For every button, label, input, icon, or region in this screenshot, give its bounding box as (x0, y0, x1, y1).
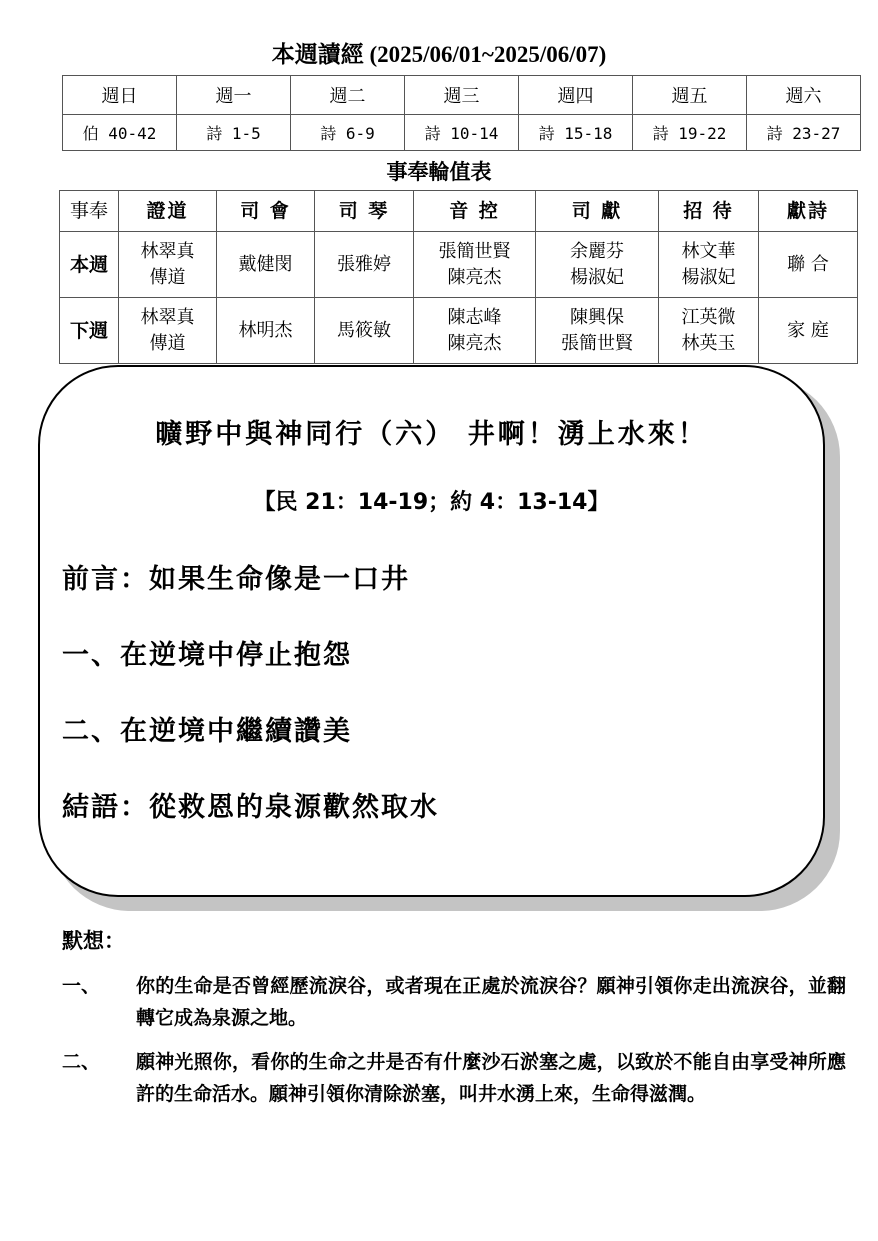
day-sun: 週日 (63, 76, 177, 115)
offering-cell: 余麗芬 楊淑妃 (536, 232, 659, 298)
host-cell: 林明杰 (217, 298, 315, 364)
sermon-box: 曠野中與神同行（六） 井啊！湧上水來！ 【民 21：14-19；約 4：13-1… (38, 365, 825, 897)
preacher-title: 傳道 (119, 265, 216, 291)
preaching-cell: 林翠真 傳道 (119, 298, 217, 364)
duty-row-this-week: 本週 林翠真 傳道 戴健閔 張雅婷 張簡世賢 陳亮杰 余麗芬 楊淑妃 林文華 楊… (60, 232, 858, 298)
offering-name: 楊淑妃 (536, 265, 658, 291)
duty-title: 事奉輪值表 (0, 158, 878, 186)
usher-name: 林文華 (659, 239, 758, 265)
passage-fri: 詩 19-22 (633, 115, 747, 151)
sound-cell: 陳志峰 陳亮杰 (414, 298, 536, 364)
day-sat: 週六 (747, 76, 861, 115)
sound-name: 陳亮杰 (414, 265, 535, 291)
choir-cell: 家 庭 (759, 298, 858, 364)
day-mon: 週一 (177, 76, 291, 115)
reading-title: 本週讀經 (2025/06/01~2025/06/07) (0, 40, 878, 70)
day-fri: 週五 (633, 76, 747, 115)
usher-name: 江英微 (659, 305, 758, 331)
usher-name: 楊淑妃 (659, 265, 758, 291)
offering-name: 張簡世賢 (536, 331, 658, 357)
preacher-title: 傳道 (119, 331, 216, 357)
offering-cell: 陳興保 張簡世賢 (536, 298, 659, 364)
passage-sat: 詩 23-27 (747, 115, 861, 151)
meditation-text: 你的生命是否曾經歷流淚谷，或者現在正處於流淚谷？願神引領你走出流淚谷，並翻轉它成… (136, 970, 846, 1034)
passage-mon: 詩 1-5 (177, 115, 291, 151)
preacher-name: 林翠真 (119, 305, 216, 331)
offering-name: 余麗芬 (536, 239, 658, 265)
passage-wed: 詩 10-14 (405, 115, 519, 151)
meditation-title: 默想： (62, 925, 125, 955)
day-tue: 週二 (291, 76, 405, 115)
header-sound: 音 控 (414, 191, 536, 232)
sound-name: 陳亮杰 (414, 331, 535, 357)
usher-name: 林英玉 (659, 331, 758, 357)
duty-row-next-week: 下週 林翠真 傳道 林明杰 馬筱敏 陳志峰 陳亮杰 陳興保 張簡世賢 江英微 林… (60, 298, 858, 364)
reading-days-row: 週日 週一 週二 週三 週四 週五 週六 (63, 76, 861, 115)
host-cell: 戴健閔 (217, 232, 315, 298)
meditation-number: 二、 (62, 1046, 100, 1078)
header-usher: 招 待 (659, 191, 759, 232)
sound-name: 陳志峰 (414, 305, 535, 331)
passage-sun: 伯 40-42 (63, 115, 177, 151)
row-label: 本週 (60, 232, 119, 298)
offering-name: 陳興保 (536, 305, 658, 331)
usher-cell: 江英微 林英玉 (659, 298, 759, 364)
sermon-title: 曠野中與神同行（六） 井啊！湧上水來！ (40, 412, 823, 451)
header-service: 事奉 (60, 191, 119, 232)
passage-thu: 詩 15-18 (519, 115, 633, 151)
day-wed: 週三 (405, 76, 519, 115)
sound-name: 張簡世賢 (414, 239, 535, 265)
duty-header-row: 事奉 證道 司 會 司 琴 音 控 司 獻 招 待 獻詩 (60, 191, 858, 232)
duty-table: 事奉 證道 司 會 司 琴 音 控 司 獻 招 待 獻詩 本週 林翠真 傳道 戴… (59, 190, 858, 364)
day-thu: 週四 (519, 76, 633, 115)
row-label: 下週 (60, 298, 119, 364)
passage-tue: 詩 6-9 (291, 115, 405, 151)
outline-point-2: 二、在逆境中繼續讚美 (62, 709, 352, 748)
preaching-cell: 林翠真 傳道 (119, 232, 217, 298)
choir-cell: 聯 合 (759, 232, 858, 298)
sound-cell: 張簡世賢 陳亮杰 (414, 232, 536, 298)
header-pianist: 司 琴 (315, 191, 414, 232)
outline-point-1: 一、在逆境中停止抱怨 (62, 633, 352, 672)
header-choir: 獻詩 (759, 191, 858, 232)
reading-passages-row: 伯 40-42 詩 1-5 詩 6-9 詩 10-14 詩 15-18 詩 19… (63, 115, 861, 151)
sermon-reference: 【民 21：14-19；約 4：13-14】 (40, 485, 823, 516)
header-offering: 司 獻 (536, 191, 659, 232)
outline-intro: 前言：如果生命像是一口井 (62, 557, 410, 596)
pianist-cell: 馬筱敏 (315, 298, 414, 364)
preacher-name: 林翠真 (119, 239, 216, 265)
reading-table: 週日 週一 週二 週三 週四 週五 週六 伯 40-42 詩 1-5 詩 6-9… (62, 75, 861, 151)
meditation-number: 一、 (62, 970, 100, 1002)
usher-cell: 林文華 楊淑妃 (659, 232, 759, 298)
pianist-cell: 張雅婷 (315, 232, 414, 298)
header-host: 司 會 (217, 191, 315, 232)
header-preaching: 證道 (119, 191, 217, 232)
outline-conclusion: 結語：從救恩的泉源歡然取水 (62, 785, 439, 824)
meditation-text: 願神光照你，看你的生命之井是否有什麼沙石淤塞之處，以致於不能自由享受神所應許的生… (136, 1046, 846, 1110)
